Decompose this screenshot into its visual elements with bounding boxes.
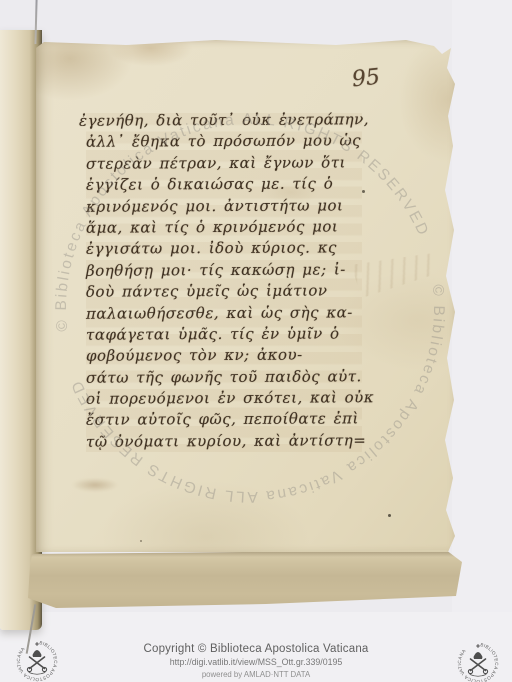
manuscript-line: ἐγγίζει ὁ δικαιώσας με. τίς ὁ <box>86 173 362 196</box>
adjacent-page-edge <box>0 30 42 630</box>
paper-speck <box>388 514 391 517</box>
manuscript-line: ἐγγισάτω μοι. ἰδοὺ κύριος. κς <box>86 238 362 261</box>
paper-speck <box>362 190 365 193</box>
manuscript-text-block: ἐγενήθη, διὰ τοῦτ᾽ οὐκ ἐνετράπην, ἀλλ᾽ ἔ… <box>86 110 362 452</box>
manuscript-line: παλαιωθήσεσθε, καὶ ὡς σὴς κα- <box>86 302 362 325</box>
manuscript-line: βοηθήσῃ μοι· τίς κακώσῃ με; ἰ- <box>86 259 362 282</box>
copyright-text: Copyright © Biblioteca Apostolica Vatica… <box>0 643 512 655</box>
folio-number: 95 <box>351 65 381 93</box>
manuscript-line: οἱ πορευόμενοι ἐν σκότει, καὶ οὐκ <box>86 387 362 410</box>
image-url: http://digi.vatlib.it/view/MSS_Ott.gr.33… <box>0 657 512 667</box>
manuscript-line: σάτω τῆς φωνῆς τοῦ παιδὸς αὐτ. <box>86 366 362 389</box>
manuscript-line: ἐγενήθη, διὰ τοῦτ᾽ οὐκ ἐνετράπην, <box>79 109 362 132</box>
manuscript-line: ἔστιν αὐτοῖς φῶς, πεποίθατε ἐπὶ <box>86 409 362 432</box>
manuscript-line: τῷ ὀνόματι κυρίου, καὶ ἀντίστη= <box>86 430 362 453</box>
digitized-manuscript-viewer: 95 ἐγενήθη, διὰ τοῦτ᾽ οὐκ ἐνετράπην, ἀλλ… <box>0 0 512 682</box>
powered-by-text: powered by AMLAD·NTT DATA <box>0 670 512 679</box>
manuscript-line: ἀλλ᾽ ἔθηκα τὸ πρόσωπόν μου ὡς <box>86 131 362 154</box>
manuscript-line: φοβούμενος τὸν κν; ἀκου- <box>86 345 362 368</box>
manuscript-line: ἅμα, καὶ τίς ὁ κρινόμενός μοι <box>86 216 362 239</box>
manuscript-line: ταφάγεται ὑμᾶς. τίς ἐν ὑμῖν ὁ <box>86 323 362 346</box>
paper-smudge <box>72 478 118 492</box>
text-block-edge <box>26 548 464 610</box>
footer: Copyright © Biblioteca Apostolica Vatica… <box>0 643 512 679</box>
manuscript-line: δοὺ πάντες ὑμεῖς ὡς ἱμάτιον <box>86 280 362 303</box>
manuscript-line: κρινόμενός μοι. ἀντιστήτω μοι <box>86 195 362 218</box>
backdrop <box>452 0 512 612</box>
paper-speck <box>140 540 142 542</box>
manuscript-line: στερεὰν πέτραν, καὶ ἔγνων ὅτι <box>86 152 362 175</box>
